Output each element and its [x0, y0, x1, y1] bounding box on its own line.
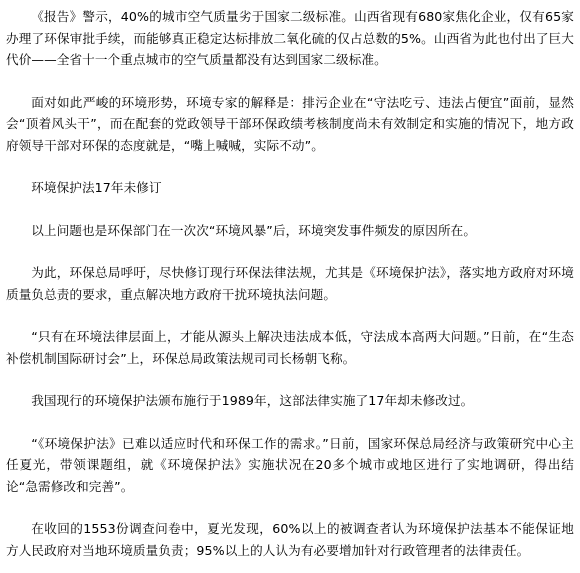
- paragraph-quote-xia: “《环境保护法》已难以适应时代和环保工作的需求。”日前，国家环保总局经济与政策研…: [6, 433, 574, 498]
- article-body: 《报告》警示，40%的城市空气质量劣于国家二级标准。山西省现有680家焦化企业，…: [0, 0, 580, 561]
- paragraph-environment-storm: 以上问题也是环保部门在一次次“环境风暴”后，环境突发事件频发的原因所在。: [6, 220, 574, 242]
- paragraph-survey-results: 在收回的1553份调查问卷中，夏光发现，60%以上的被调查者认为环境保护法基本不…: [6, 518, 574, 561]
- section-heading: 环境保护法17年未修订: [6, 177, 574, 199]
- paragraph-report-warning: 《报告》警示，40%的城市空气质量劣于国家二级标准。山西省现有680家焦化企业，…: [6, 6, 574, 71]
- paragraph-sepa-appeal: 为此，环保总局呼吁，尽快修订现行环保法律法规，尤其是《环境保护法》，落实地方政府…: [6, 262, 574, 305]
- paragraph-expert-explanation: 面对如此严峻的环境形势，环境专家的解释是：排污企业在“守法吃亏、违法占便宜”面前…: [6, 92, 574, 157]
- paragraph-quote-yang: “只有在环境法律层面上，才能从源头上解决违法成本低，守法成本高两大问题。”日前，…: [6, 326, 574, 369]
- paragraph-law-1989: 我国现行的环境保护法颁布施行于1989年，这部法律实施了17年却未修改过。: [6, 390, 574, 412]
